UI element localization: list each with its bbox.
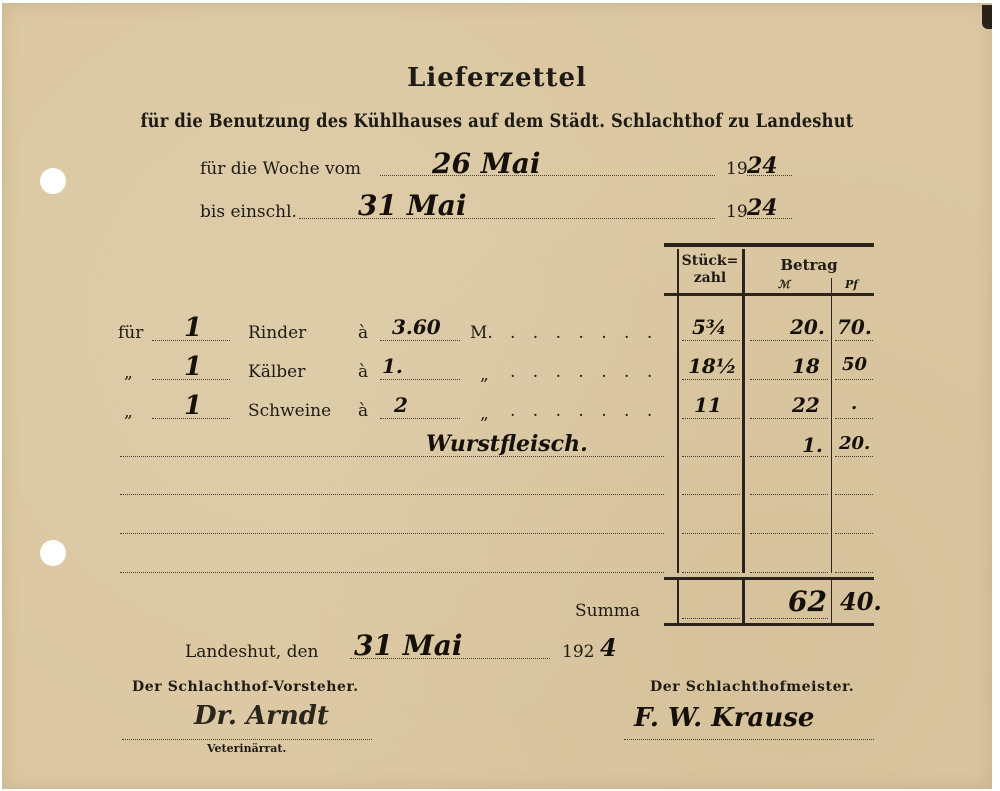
row-unit: „ [480,404,489,424]
document-subtitle: für die Benutzung des Kühlhauses auf dem… [71,110,922,132]
col-pieces-line2: zahl [678,270,742,287]
row-mark: 1. [802,433,823,457]
sum-pf-rule [831,579,832,623]
row-price-line [380,379,460,380]
row-mark-line [750,494,828,495]
row-unit: M. [470,323,493,343]
sum-label: Summa [575,601,640,621]
row-pf: 50 [842,354,867,375]
row-a: à [358,401,368,421]
sum-left-rule [677,579,679,623]
row-pf-line [835,418,873,419]
sum-bottom-rule [664,623,874,626]
row-desc-line [120,494,664,495]
row-count: 1 [184,313,202,343]
row-pieces-line [682,418,740,419]
left-signature-role: Veterinärrat. [207,742,286,755]
col-pieces-header: Stück= zahl [678,253,742,287]
torn-corner [982,5,992,29]
col-pfennig-header: Pf [845,278,858,291]
row-count: 1 [184,391,202,421]
row-unit: „ [480,365,489,385]
place-date-year-prefix: 192 [562,642,594,662]
row-mark-line [750,572,828,573]
row-price: 3.60 [392,315,441,339]
sum-pf: 40. [840,587,882,616]
row-dots: . . . . . . . [510,362,658,382]
col-mark-header: ℳ [778,278,790,291]
left-signature: Dr. Arndt [194,701,329,731]
place-date-label: Landeshut, den [185,642,318,662]
period-from-year-prefix: 19 [726,159,748,179]
row-a: à [358,362,368,382]
row-prefix: „ [124,402,133,422]
row-pf-line [835,533,873,534]
row-desc-line [120,533,664,534]
period-to-year-prefix: 19 [726,202,748,222]
row-prefix: für [118,323,143,343]
row-prefix: „ [124,363,133,383]
row-pieces-line [682,572,740,573]
row-animal: Schweine [248,401,331,421]
left-signature-title: Der Schlachthof-Vorsteher. [132,679,359,695]
table-header-rule [664,293,874,296]
left-signature-line [122,739,372,740]
row-mark: 18 [792,354,820,378]
table-left-rule [677,249,679,573]
row-price: 1. [382,354,403,378]
period-to-value: 31 Mai [358,189,467,222]
right-signature: F. W. Krause [634,703,814,733]
row-pf-line [835,379,873,380]
period-from-line [380,175,715,176]
right-signature-line [624,739,874,740]
row-pieces: 18½ [688,354,737,378]
row-animal: Rinder [248,323,306,343]
row-pf-line [835,340,873,341]
row-pieces-line [682,494,740,495]
sum-pieces-line [682,618,740,619]
place-date-year-suffix: 4 [600,633,617,662]
row-pf: 70. [837,315,872,339]
sum-mid-rule [742,579,745,623]
row-pieces-line [682,456,740,457]
punch-hole-bottom [40,540,66,566]
row-pieces-line [682,340,740,341]
row-desc-line [120,572,664,573]
row-mark: 22 [792,393,820,417]
period-to-label: bis einschl. [200,202,297,222]
row-pieces-line [682,533,740,534]
row-mark: 20. [790,315,825,339]
row-dots: . . . . . . . [510,401,658,421]
col-pieces-line1: Stück= [678,253,742,270]
row-mark-line [750,379,828,380]
row-pieces-line [682,379,740,380]
row-pf-line [835,572,873,573]
row-pieces: 11 [694,393,722,417]
table-pf-rule [831,278,832,573]
row-a: à [358,323,368,343]
table-top-rule [664,243,874,247]
right-signature-title: Der Schlachthofmeister. [650,679,854,695]
row-price-line [380,340,460,341]
row-animal: Kälber [248,362,305,382]
sum-top-rule [664,577,874,580]
row-dots: . . . . . . . [510,323,658,343]
row-mark-line [750,418,828,419]
punch-hole-top [40,168,66,194]
row-pf-line [835,494,873,495]
row-price: 2 [394,393,408,417]
col-amount-header: Betrag [744,257,874,274]
sum-mark: 62 [788,585,827,618]
document-sheet: Lieferzettel für die Benutzung des Kühlh… [2,3,992,789]
row-handwritten-item: Wurstfleisch. [426,431,588,457]
row-price-line [380,418,460,419]
document-title: Lieferzettel [2,63,992,93]
table-mid-rule [742,249,745,573]
sum-mark-line [750,618,828,619]
row-pf-line [835,456,873,457]
row-count: 1 [184,352,202,382]
row-pf: . [851,393,857,414]
period-to-year-line [747,218,792,219]
row-pieces: 5¾ [692,315,727,339]
period-from-value: 26 Mai [432,147,541,180]
row-mark-line [750,340,828,341]
place-date-value: 31 Mai [354,629,463,662]
period-from-year-line [747,175,792,176]
row-pf: 20. [839,433,870,454]
period-from-label: für die Woche vom [200,159,361,179]
row-mark-line [750,533,828,534]
